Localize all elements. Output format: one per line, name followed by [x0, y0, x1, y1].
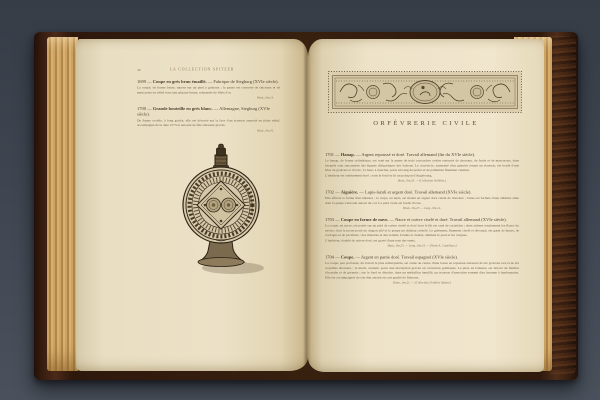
entry-title: Aiguière.: [341, 190, 359, 195]
catalog-entry: 1699 — Coupe en grès brun émaillé. — Fab…: [137, 79, 280, 100]
entry-origin: — Lapis-lazuli et argent doré. Travail a…: [359, 190, 471, 195]
entry-title: Coupe.: [341, 255, 355, 260]
entry-credit: Haut., 0m,27. — Larg., 0m,14.: [325, 207, 519, 211]
book-gutter-crease: [303, 40, 311, 371]
entry-origin: — Nacre et cuivre ciselé et doré. Travai…: [390, 217, 507, 222]
left-page: 48 LA COLLECTION SPITZER 1699 — Coupe en…: [76, 39, 308, 371]
entry-heading: 1703 — Coupe en forme de nave. — Nacre e…: [325, 217, 519, 223]
running-title: LA COLLECTION SPITZER: [96, 67, 308, 72]
catalog-entry: 1701 — Hanap. — Argent repoussé et doré.…: [325, 152, 519, 183]
entry-description: La coupe, peu profonde, du travail le pl…: [325, 261, 519, 280]
entry-description-2: L'intérieur, doublé de cuivre doré, est …: [325, 238, 519, 243]
entry-number: 1700 —: [137, 106, 152, 111]
entry-number: 1703 —: [325, 217, 340, 222]
entry-origin: — Argent en partie doré. Travail espagno…: [356, 255, 458, 260]
entry-description: De forme ovoïde, à long goulot, elle est…: [137, 118, 280, 127]
entry-heading: 1702 — Aiguière. — Lapis-lazuli et argen…: [325, 190, 519, 196]
section-title: ORFÈVRERIE CIVILE: [308, 119, 544, 127]
open-book: 48 LA COLLECTION SPITZER 1699 — Coupe en…: [34, 32, 578, 380]
entry-origin: — Fabrique de Siegburg (XVIe siècle).: [208, 79, 279, 84]
catalog-entry: 1703 — Coupe en forme de nave. — Nacre e…: [325, 217, 519, 248]
entry-title: Coupe en forme de nave.: [341, 217, 389, 222]
entry-credit: Diam., 0m,21. — (Collection Frédéric Spi…: [325, 281, 519, 285]
entry-title: Hanap.: [341, 152, 355, 157]
entry-heading: 1704 — Coupe. — Argent en partie doré. T…: [325, 255, 519, 261]
leather-texture: [550, 36, 576, 374]
entry-heading: 1700 — Grande bouteille en grès blanc. —…: [137, 106, 280, 117]
entry-description: La coupe, de forme basse, repose sur un …: [137, 86, 280, 95]
entry-credit: Haut., 0m,14.: [137, 96, 280, 100]
entry-heading: 1701 — Hanap. — Argent repoussé et doré.…: [325, 152, 519, 158]
entry-number: 1704 —: [325, 255, 340, 260]
catalog-entry: 1702 — Aiguière. — Lapis-lazuli et argen…: [325, 190, 519, 211]
entry-title: Coupe en grès brun émaillé.: [153, 79, 207, 84]
entry-credit: Haut., 0m,25. — Long., 0m,19. — (Vente A…: [325, 244, 519, 248]
entry-credit: Haut., 0m,31.: [137, 129, 280, 133]
entry-number: 1701 —: [325, 152, 340, 157]
entry-number: 1702 —: [325, 190, 340, 195]
entry-origin: — Argent repoussé et doré. Travail allem…: [356, 152, 475, 157]
entry-credit: Haut., 0m,35. — (Collection Seillière.): [325, 179, 519, 183]
entry-description: Le hanap, de forme cylindrique, est orné…: [325, 159, 519, 173]
left-fore-edge: [47, 37, 78, 371]
entry-title: Grande bouteille en grès blanc.: [153, 106, 213, 111]
entry-heading: 1699 — Coupe en grès brun émaillé. — Fab…: [137, 79, 280, 85]
photo-backdrop: 48 LA COLLECTION SPITZER 1699 — Coupe en…: [0, 0, 600, 400]
entry-description: Elle affecte la forme d'un balustre ; le…: [325, 196, 519, 205]
catalog-entry: 1700 — Grande bouteille en grès blanc. —…: [137, 106, 280, 132]
entry-description: La coque, en nacre, est posée sur un pie…: [325, 224, 519, 238]
entry-description-2: L'intérieur est entièrement doré ; sous …: [325, 173, 519, 178]
catalog-entry: 1704 — Coupe. — Argent en partie doré. T…: [325, 255, 519, 285]
entry-number: 1699 —: [137, 79, 152, 84]
right-page: ORFÈVRERIE CIVILE 1701 — Hanap. — Argent…: [308, 39, 544, 372]
pilgrim-flask-illustration: [166, 141, 276, 281]
